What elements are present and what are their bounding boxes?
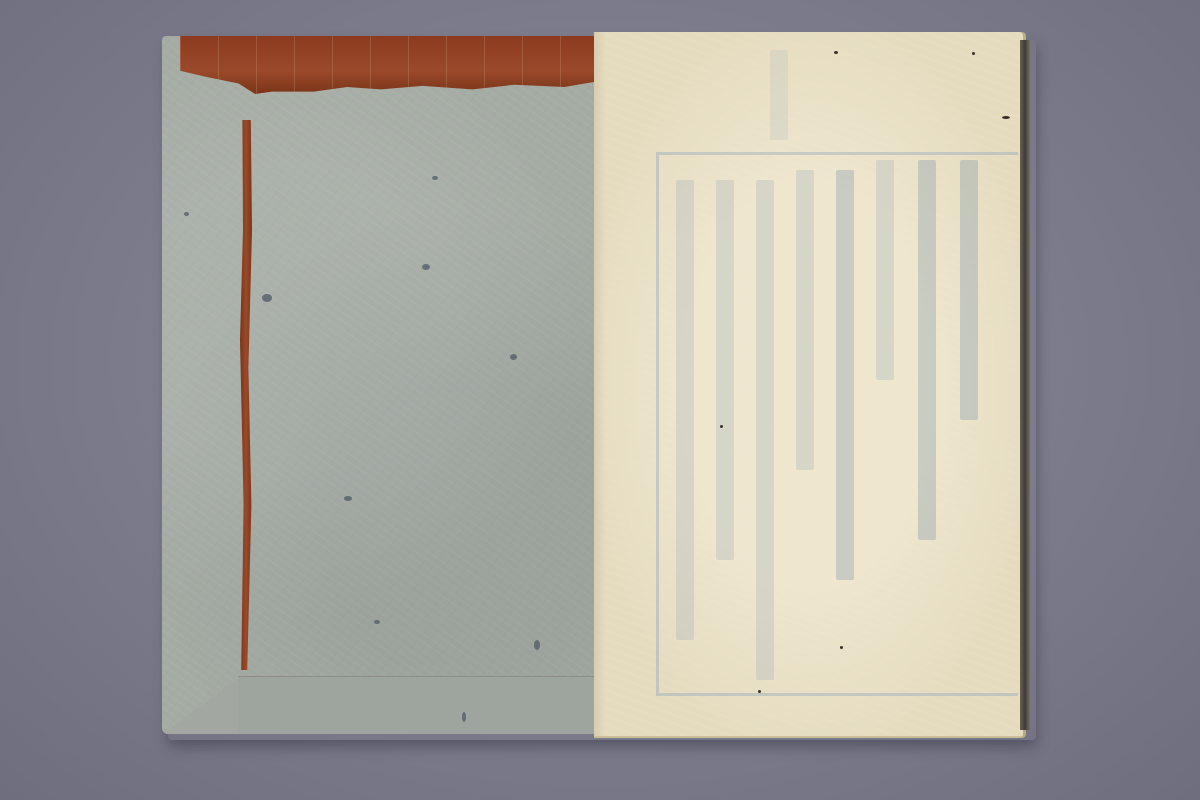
fiber-fleck — [462, 712, 466, 722]
bleed-through-text-column — [918, 160, 936, 540]
bleed-through-text-column — [756, 180, 774, 680]
fiber-fleck — [432, 176, 438, 180]
bleed-through-text-column — [770, 50, 788, 140]
bleed-through-text-column — [716, 180, 734, 560]
bleed-through-text-column — [836, 170, 854, 580]
cover-fold-flap — [238, 676, 598, 734]
paper-speck — [840, 646, 843, 649]
binding-strip-vertical — [240, 120, 252, 670]
fiber-fleck — [510, 354, 517, 360]
bleed-through-text-column — [676, 180, 694, 640]
fiber-fleck — [534, 640, 540, 650]
cover-fold-corner — [162, 676, 242, 734]
fiber-fleck — [262, 294, 272, 302]
fiber-fleck — [374, 620, 380, 624]
paper-speck — [758, 690, 761, 693]
paper-speck — [1002, 116, 1010, 119]
paper-speck — [720, 425, 723, 428]
inside-cover — [162, 36, 598, 734]
torn-binding-strip-top — [180, 36, 598, 94]
bleed-through-text-column — [796, 170, 814, 470]
bleed-through-text-column — [876, 160, 894, 380]
page-fore-edge — [1020, 40, 1030, 730]
bleed-through-text-column — [960, 160, 978, 420]
fiber-fleck — [422, 264, 430, 270]
fiber-fleck — [344, 496, 352, 501]
paper-speck — [972, 52, 975, 55]
paper-speck — [834, 51, 838, 54]
fiber-fleck — [184, 212, 189, 216]
